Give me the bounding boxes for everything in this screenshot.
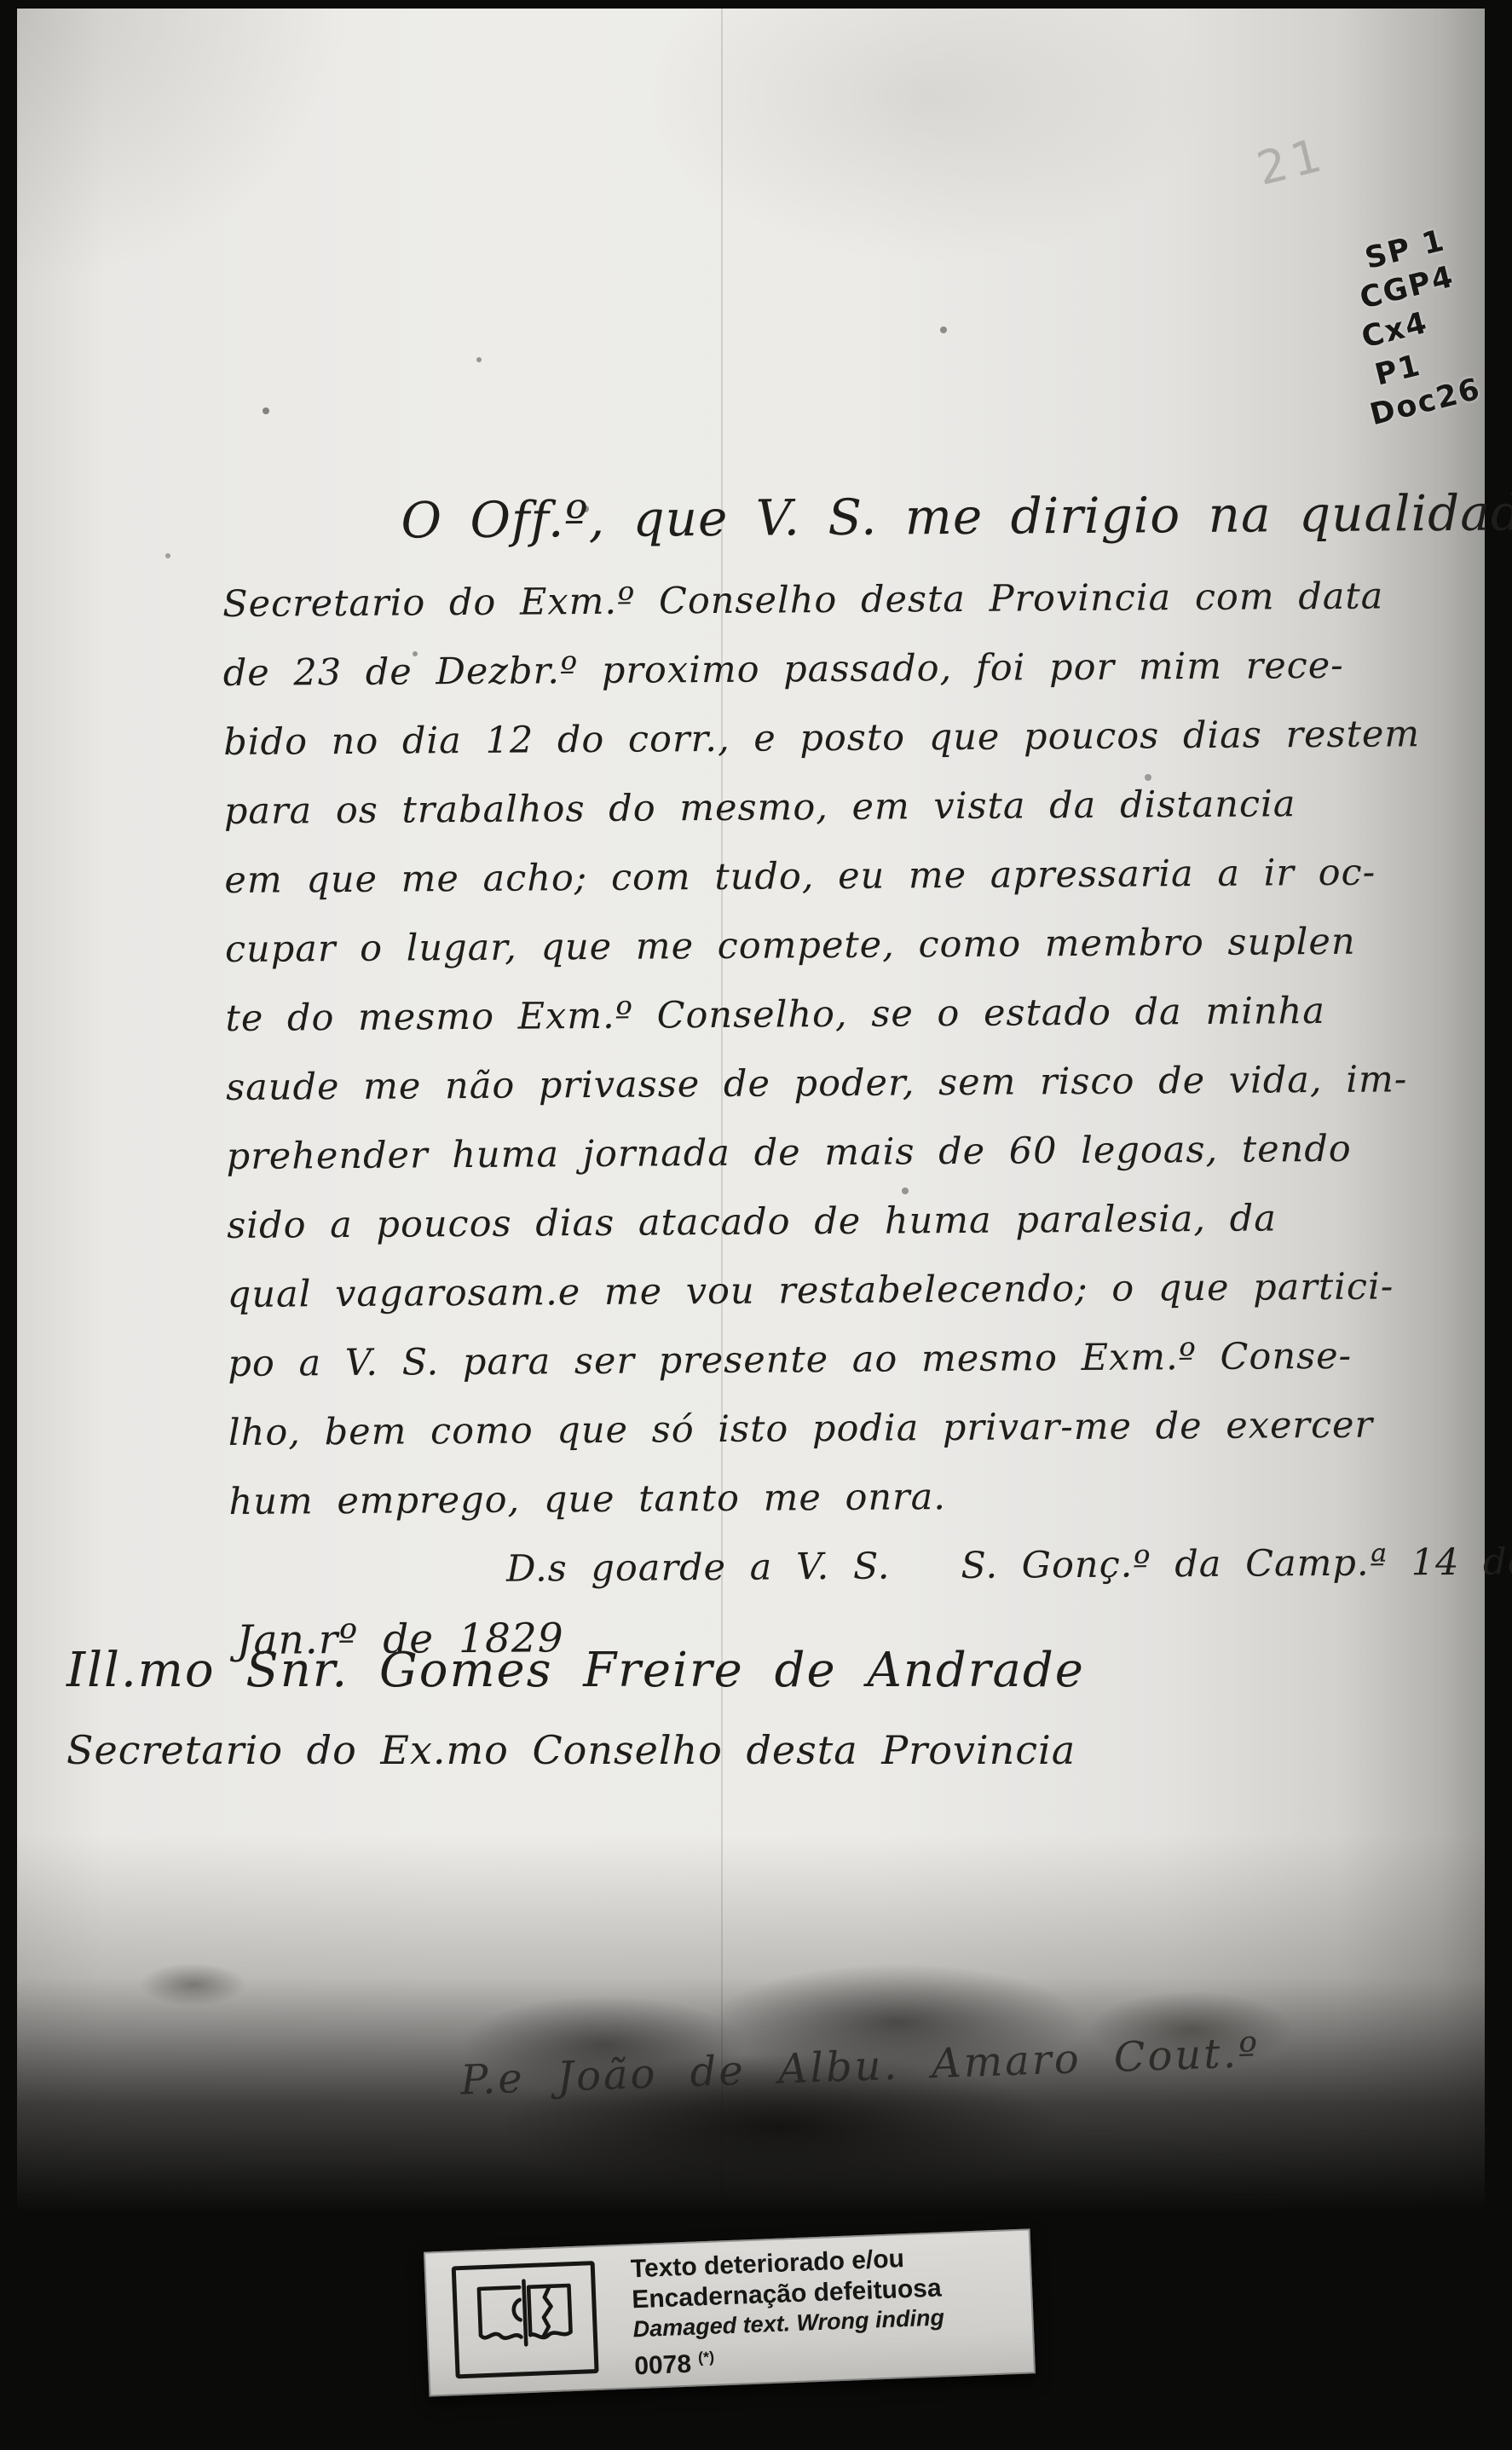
letter-line: hum emprego, que tanto me onra. xyxy=(228,1459,1448,1537)
letter-line: po a V. S. para ser presente ao mesmo Ex… xyxy=(228,1321,1447,1399)
damaged-book-icon xyxy=(452,2261,599,2378)
paper-specks xyxy=(17,9,20,12)
damage-label: Texto deteriorado e/ou Encadernação defe… xyxy=(424,2228,1036,2396)
damage-label-text: Texto deteriorado e/ou Encadernação defe… xyxy=(630,2232,947,2383)
letter-line: te do mesmo Exm.º Conselho, se o estado … xyxy=(225,976,1445,1054)
addressee-name: Ill.mo Snr. Gomes Freire de Andrade xyxy=(66,1628,1085,1713)
addressee-title: Secretario do Ex.mo Conselho desta Provi… xyxy=(66,1713,1085,1787)
letter-line: para os trabalhos do mesmo, em vista da … xyxy=(224,769,1444,847)
letter-line: O Off.º, que V. S. me dirigio na qualida… xyxy=(222,465,1441,570)
letter-line: Secretario do Exm.º Conselho desta Provi… xyxy=(222,562,1442,639)
letter-line: lho, bem como que só isto podia privar-m… xyxy=(228,1390,1448,1468)
letter-closing-line: D.s goarde a V. S. S. Gonç.º da Camp.ª 1… xyxy=(229,1528,1449,1606)
letter-line: saude me não privasse de poder, sem risc… xyxy=(226,1045,1446,1123)
letter-body: O Off.º, que V. S. me dirigio na qualida… xyxy=(222,465,1449,1675)
archival-code: SP 1 CGP4 Cx4 P1 Doc26 xyxy=(1357,223,1502,419)
pencil-page-number: 21 xyxy=(1252,127,1332,196)
letter-line: de 23 de Dezbr.º proximo passado, foi po… xyxy=(222,631,1442,708)
letter-line: sido a poucos dias atacado de huma paral… xyxy=(227,1183,1446,1261)
letter-line: em que me acho; com tudo, eu me apressar… xyxy=(224,838,1444,916)
label-code-number: 0078 xyxy=(634,2350,692,2381)
addressee-block: Ill.mo Snr. Gomes Freire de Andrade Secr… xyxy=(66,1628,1085,1787)
ink-stain xyxy=(17,1835,1485,2210)
document-page: 21 SP 1 CGP4 Cx4 P1 Doc26 O Off.º, que V… xyxy=(17,9,1485,2210)
label-code-note: (*) xyxy=(698,2349,715,2366)
scan-stage: 21 SP 1 CGP4 Cx4 P1 Doc26 O Off.º, que V… xyxy=(0,0,1512,2450)
letter-line: qual vagarosam.e me vou restabelecendo; … xyxy=(228,1252,1447,1330)
letter-line: bido no dia 12 do corr., e posto que pou… xyxy=(223,700,1443,777)
letter-line: cupar o lugar, que me compete, como memb… xyxy=(225,907,1445,985)
letter-line: prehender huma jornada de mais de 60 leg… xyxy=(226,1114,1446,1192)
